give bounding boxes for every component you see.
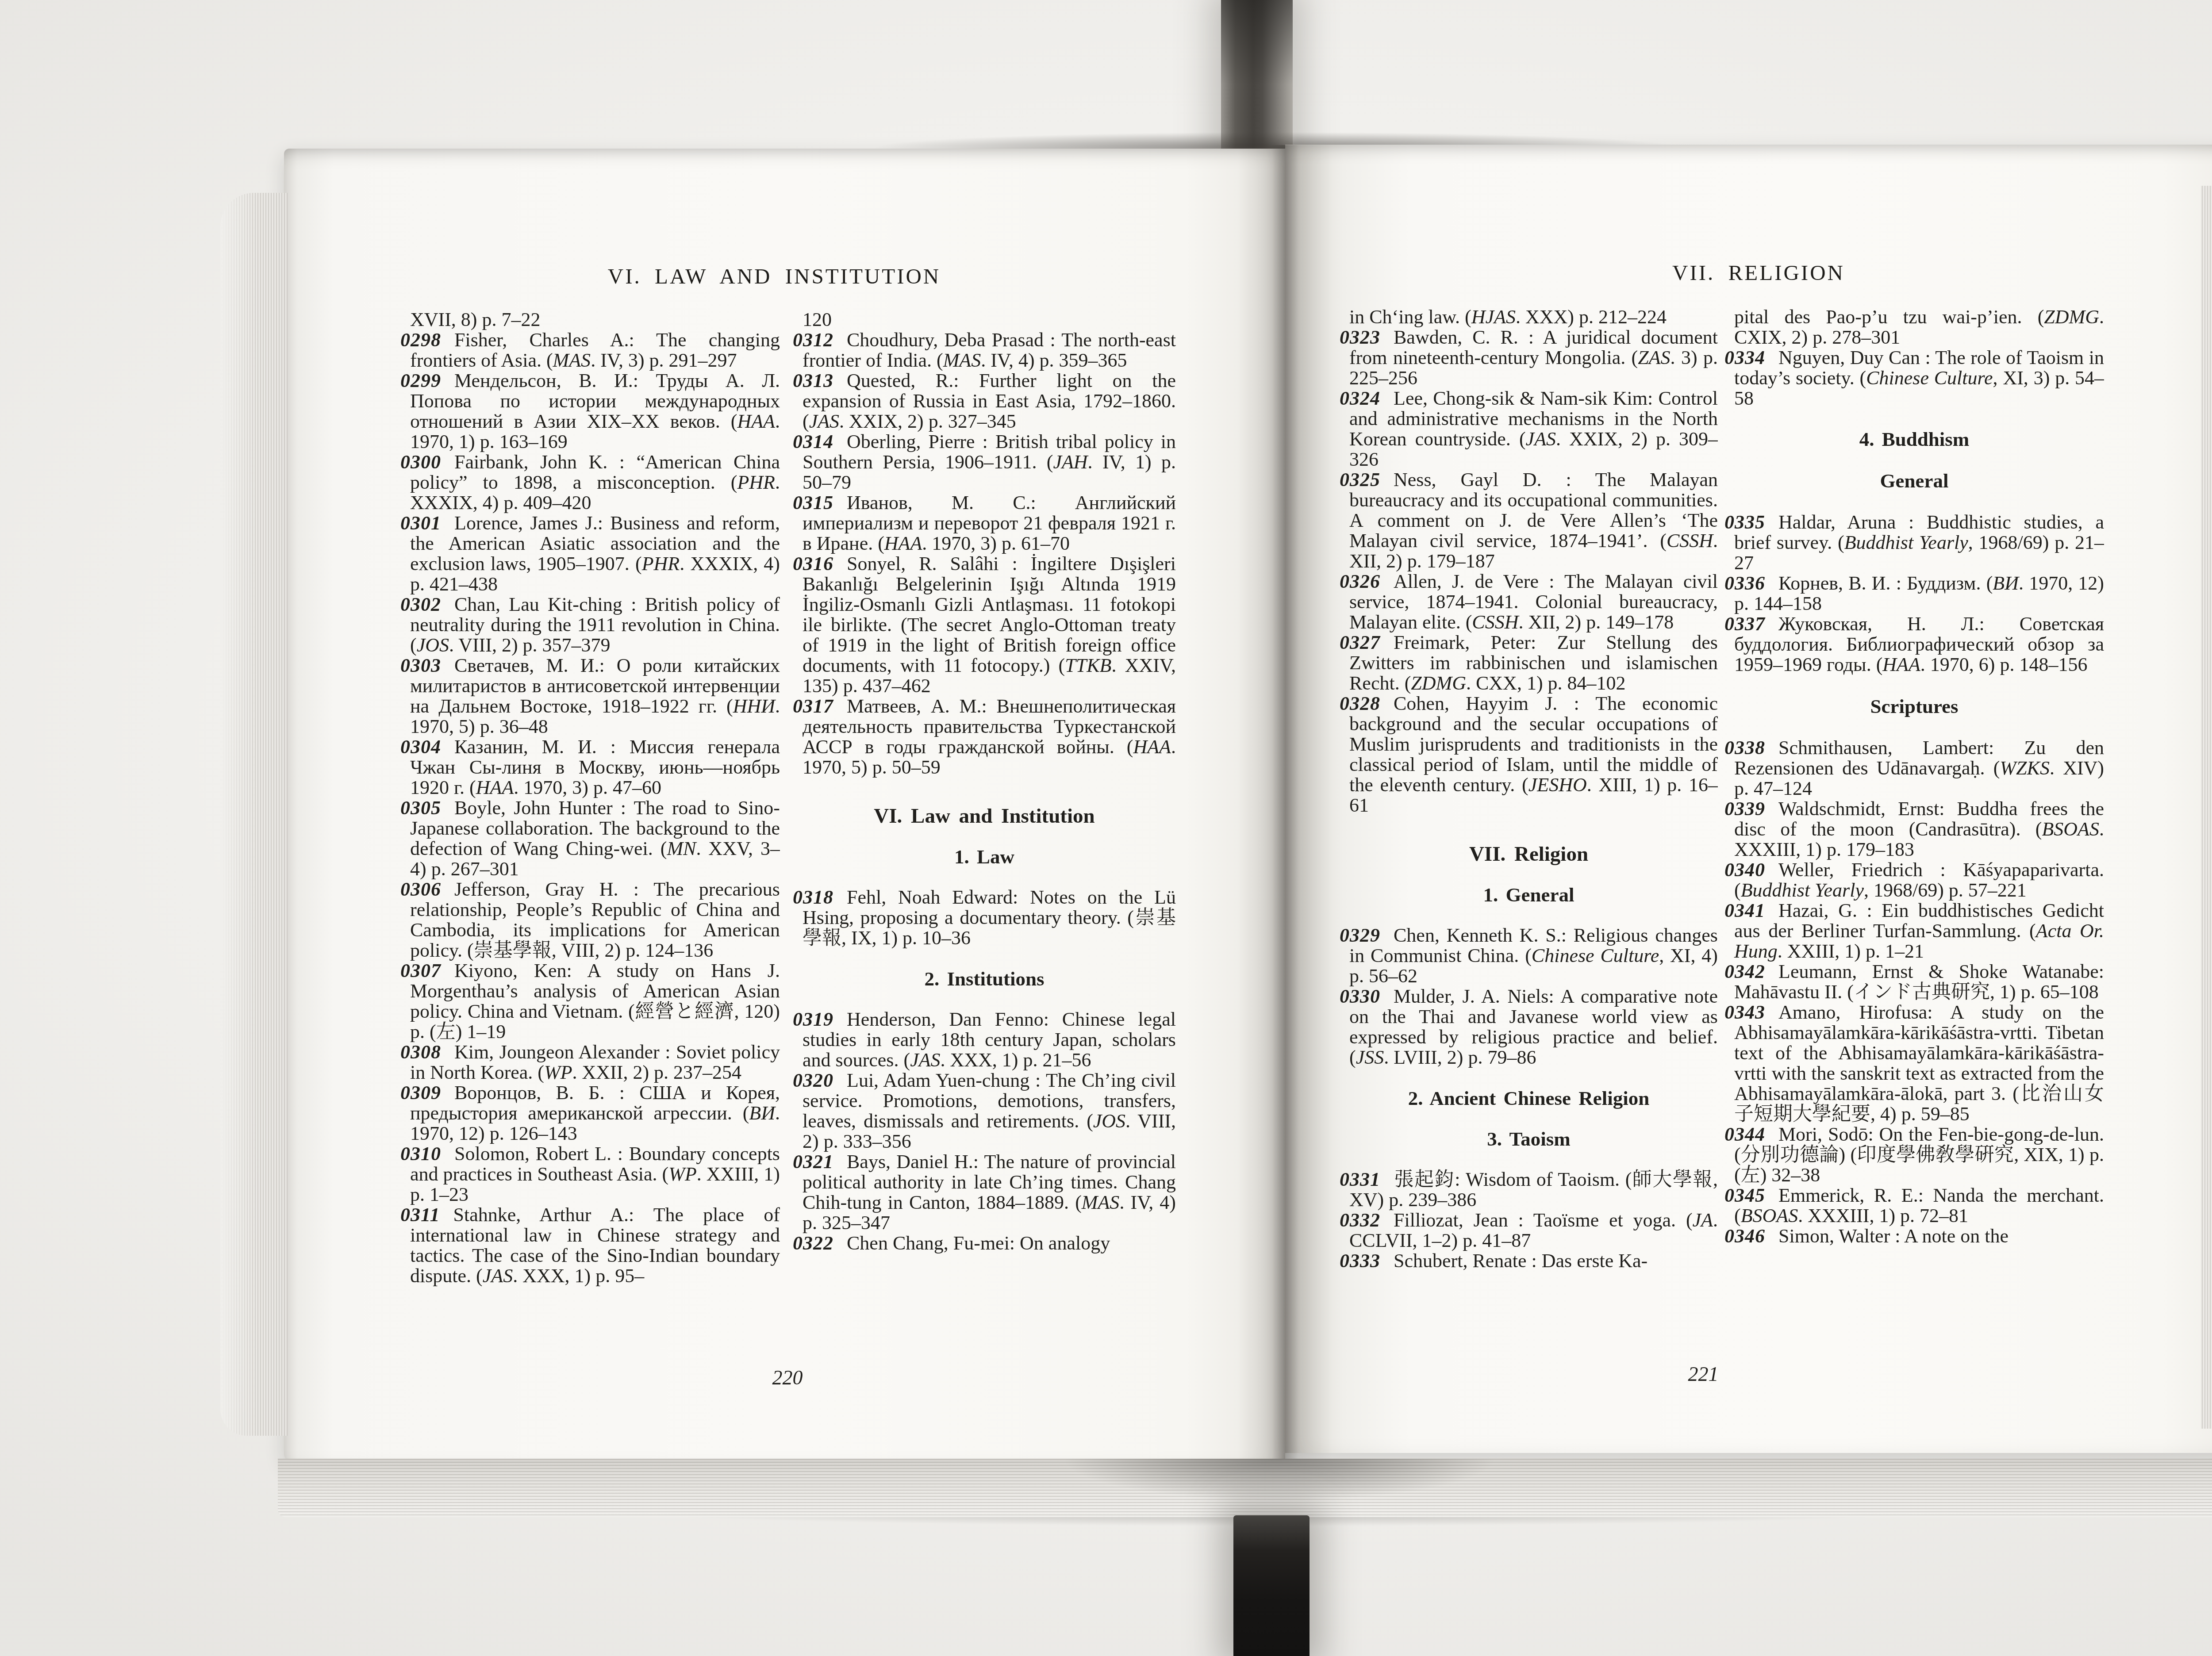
entry-number: 0310 <box>400 1143 441 1165</box>
bib-entry: 0311Stahnke, Arthur A.: The place of int… <box>400 1205 780 1286</box>
entry-number: 0330 <box>1340 985 1380 1007</box>
bib-entry: 0304Казанин, М. И. : Миссия генерала Чжа… <box>400 737 780 798</box>
entry-number: 0307 <box>400 960 441 981</box>
entry-number: 0299 <box>400 370 441 391</box>
bib-entry: 0305Boyle, John Hunter : The road to Sin… <box>400 798 780 879</box>
entry-continuation: pital des Pao-p’u tzu wai-p’ien. (ZDMG. … <box>1724 307 2104 348</box>
right-page-edge-stack <box>2201 186 2212 1429</box>
section-heading: VI. Law and Institution <box>793 806 1176 826</box>
entry-number: 0311 <box>400 1204 440 1226</box>
bib-entry: 0346Simon, Walter : A note on the <box>1724 1226 2104 1246</box>
right-page-column-2: pital des Pao-p’u tzu wai-p’ien. (ZDMG. … <box>1724 307 2104 1246</box>
bib-entry: 0333Schubert, Renate : Das erste Ka- <box>1340 1251 1718 1271</box>
bib-entry: 0329Chen, Kenneth K. S.: Religious chang… <box>1340 925 1718 986</box>
bib-entry: 0321Bays, Daniel H.: The nature of provi… <box>793 1152 1176 1233</box>
entry-number: 0326 <box>1340 571 1380 592</box>
subsection-heading: 1. Law <box>793 847 1176 867</box>
entry-number: 0334 <box>1724 347 1765 368</box>
running-head-right: VII. RELIGION <box>1394 260 2124 285</box>
bib-entry: 0316Sonyel, R. Salâhi : İngiltere Dışişl… <box>793 554 1176 696</box>
bib-entry: 0330Mulder, J. A. Niels: A comparative n… <box>1340 986 1718 1068</box>
entry-number: 0320 <box>793 1069 833 1091</box>
entry-number: 0332 <box>1340 1209 1380 1231</box>
subsection-heading: 3. Taoism <box>1340 1129 1718 1149</box>
entry-number: 0328 <box>1340 693 1380 714</box>
bib-entry: 0314Oberling, Pierre : British tribal po… <box>793 432 1176 493</box>
entry-number: 0303 <box>400 655 441 676</box>
bib-entry: 0341Hazai, G. : Ein buddhistisches Gedic… <box>1724 901 2104 962</box>
bib-entry: 0336Корнев, В. И. : Буддизм. (ВИ. 1970, … <box>1724 573 2104 614</box>
bib-entry: 0322Chen Chang, Fu-mei: On analogy <box>793 1233 1176 1253</box>
subsection-heading: 1. General <box>1340 885 1718 905</box>
section-heading: VII. Religion <box>1340 844 1718 864</box>
entry-number: 0322 <box>793 1232 833 1253</box>
running-head-left: VI. LAW AND INSTITUTION <box>398 264 1150 289</box>
entry-number: 0325 <box>1340 469 1380 491</box>
bib-entry: 0303Светачев, М. И.: О роли китайских ми… <box>400 655 780 737</box>
entry-number: 0301 <box>400 512 441 534</box>
bib-entry: 0335Haldar, Aruna : Buddhistic studies, … <box>1724 512 2104 573</box>
entry-number: 0306 <box>400 878 441 900</box>
left-page-edge-stack <box>220 193 288 1436</box>
group-heading: General <box>1724 471 2104 491</box>
bib-entry: 0302Chan, Lau Kit-ching : British policy… <box>400 594 780 655</box>
entry-number: 0341 <box>1724 900 1765 921</box>
subsection-heading: 2. Ancient Chinese Religion <box>1340 1088 1718 1108</box>
page-number-right: 221 <box>1340 1362 2066 1386</box>
bib-entry: 0320Lui, Adam Yuen-chung : The Ch’ing ci… <box>793 1070 1176 1152</box>
bib-entry: 0299Мендельсон, В. И.: Труды А. Л. Попов… <box>400 371 780 452</box>
entry-number: 0298 <box>400 329 441 351</box>
entry-continuation: XVII, 8) p. 7–22 <box>400 310 780 330</box>
subsection-heading: 2. Institutions <box>793 969 1176 989</box>
bib-entry: 0343Amano, Hirofusa: A study on the Abhi… <box>1724 1002 2104 1124</box>
entry-number: 0339 <box>1724 798 1765 820</box>
entry-number: 0304 <box>400 736 441 758</box>
bib-entry: 0309Воронцов, В. Б. : США и Корея, преды… <box>400 1083 780 1144</box>
entry-number: 0315 <box>793 492 833 514</box>
subsection-heading: 4. Buddhism <box>1724 429 2104 449</box>
bib-entry: 0345Emmerick, R. E.: Nanda the merchant.… <box>1724 1185 2104 1226</box>
bib-entry: 0339Waldschmidt, Ernst: Buddha frees the… <box>1724 799 2104 860</box>
bib-entry: 0331張起鈞: Wisdom of Taoism. (師大學報, XV) p.… <box>1340 1169 1718 1210</box>
entry-number: 0345 <box>1724 1184 1765 1206</box>
entry-number: 0321 <box>793 1151 833 1173</box>
entry-number: 0333 <box>1340 1250 1380 1271</box>
bib-entry: 0308Kim, Joungeon Alexander : Soviet pol… <box>400 1042 780 1083</box>
bib-entry: 0332Filliozat, Jean : Taoïsme et yoga. (… <box>1340 1210 1718 1251</box>
left-page-column-1: XVII, 8) p. 7–220298Fisher, Charles A.: … <box>400 310 780 1286</box>
bib-entry: 0344Mori, Sodō: On the Fen-bie-gong-de-l… <box>1724 1124 2104 1185</box>
left-page-column-2: 1200312Choudhury, Deba Prasad : The nort… <box>793 310 1176 1253</box>
bib-entry: 0310Solomon, Robert L. : Boundary concep… <box>400 1144 780 1205</box>
bib-entry: 0317Матвеев, А. М.: Внешнеполитическая д… <box>793 696 1176 778</box>
entry-number: 0319 <box>793 1008 833 1030</box>
bib-entry: 0298Fisher, Charles A.: The changing fro… <box>400 330 780 371</box>
entry-number: 0327 <box>1340 632 1380 653</box>
bib-entry: 0319Henderson, Dan Fenno: Chinese legal … <box>793 1009 1176 1070</box>
page-number-left: 220 <box>398 1366 1177 1389</box>
bib-entry: 0328Cohen, Hayyim J. : The economic back… <box>1340 694 1718 816</box>
entry-number: 0300 <box>400 451 441 473</box>
book-spine-bottom <box>1233 1515 1310 1656</box>
bib-entry: 0337Жуковская, Н. Л.: Советская буддолог… <box>1724 614 2104 675</box>
entry-number: 0335 <box>1724 511 1765 533</box>
entry-number: 0324 <box>1340 387 1380 409</box>
entry-continuation: 120 <box>793 310 1176 330</box>
entry-number: 0331 <box>1340 1169 1380 1190</box>
entry-number: 0309 <box>400 1082 441 1104</box>
entry-number: 0314 <box>793 431 833 452</box>
entry-number: 0342 <box>1724 961 1765 982</box>
entry-number: 0338 <box>1724 737 1765 759</box>
entry-number: 0317 <box>793 695 833 717</box>
entry-number: 0305 <box>400 797 441 819</box>
entry-number: 0343 <box>1724 1001 1765 1023</box>
bib-entry: 0307Kiyono, Ken: A study on Hans J. Morg… <box>400 961 780 1042</box>
entry-number: 0313 <box>793 370 833 391</box>
entry-number: 0312 <box>793 329 833 351</box>
gutter-shadow <box>1238 145 1333 1459</box>
bib-entry: 0313Quested, R.: Further light on the ex… <box>793 371 1176 432</box>
bib-entry: 0342Leumann, Ernst & Shoke Watanabe: Mah… <box>1724 962 2104 1002</box>
bib-entry: 0312Choudhury, Deba Prasad : The north-e… <box>793 330 1176 371</box>
group-heading: Scriptures <box>1724 696 2104 717</box>
entry-number: 0318 <box>793 886 833 908</box>
entry-number: 0302 <box>400 594 441 615</box>
entry-number: 0323 <box>1340 326 1380 348</box>
right-page-column-1: in Ch‘ing law. (HJAS. XXX) p. 212–224032… <box>1340 307 1718 1271</box>
entry-number: 0308 <box>400 1041 441 1063</box>
entry-number: 0346 <box>1724 1225 1765 1246</box>
bib-entry: 0340Weller, Friedrich : Kāśyapaparivarta… <box>1724 860 2104 901</box>
bib-entry: 0338Schmithausen, Lambert: Zu den Rezens… <box>1724 738 2104 799</box>
bib-entry: 0318Fehl, Noah Edward: Notes on the Lü H… <box>793 887 1176 948</box>
bib-entry: 0300Fairbank, John K. : “American China … <box>400 452 780 513</box>
bib-entry: 0324Lee, Chong-sik & Nam-sik Kim: Contro… <box>1340 388 1718 470</box>
entry-number: 0344 <box>1724 1123 1765 1145</box>
bib-entry: 0334Nguyen, Duy Can : The role of Taoism… <box>1724 348 2104 409</box>
entry-number: 0337 <box>1724 613 1765 635</box>
entry-number: 0340 <box>1724 859 1765 881</box>
bib-entry: 0327Freimark, Peter: Zur Stellung des Zw… <box>1340 632 1718 694</box>
bib-entry: 0323Bawden, C. R. : A juridical document… <box>1340 327 1718 388</box>
bib-entry: 0325Ness, Gayl D. : The Malayan bureaucr… <box>1340 470 1718 571</box>
bib-entry: 0315Иванов, М. С.: Английский империализ… <box>793 493 1176 554</box>
bib-entry: 0301Lorence, James J.: Business and refo… <box>400 513 780 594</box>
entry-number: 0316 <box>793 553 833 575</box>
entry-number: 0329 <box>1340 924 1380 946</box>
entry-number: 0336 <box>1724 572 1765 594</box>
bottom-page-edge-stack <box>278 1459 2212 1517</box>
bib-entry: 0326Allen, J. de Vere : The Malayan civi… <box>1340 571 1718 632</box>
bib-entry: 0306Jefferson, Gray H. : The precarious … <box>400 879 780 961</box>
entry-continuation: in Ch‘ing law. (HJAS. XXX) p. 212–224 <box>1340 307 1718 327</box>
